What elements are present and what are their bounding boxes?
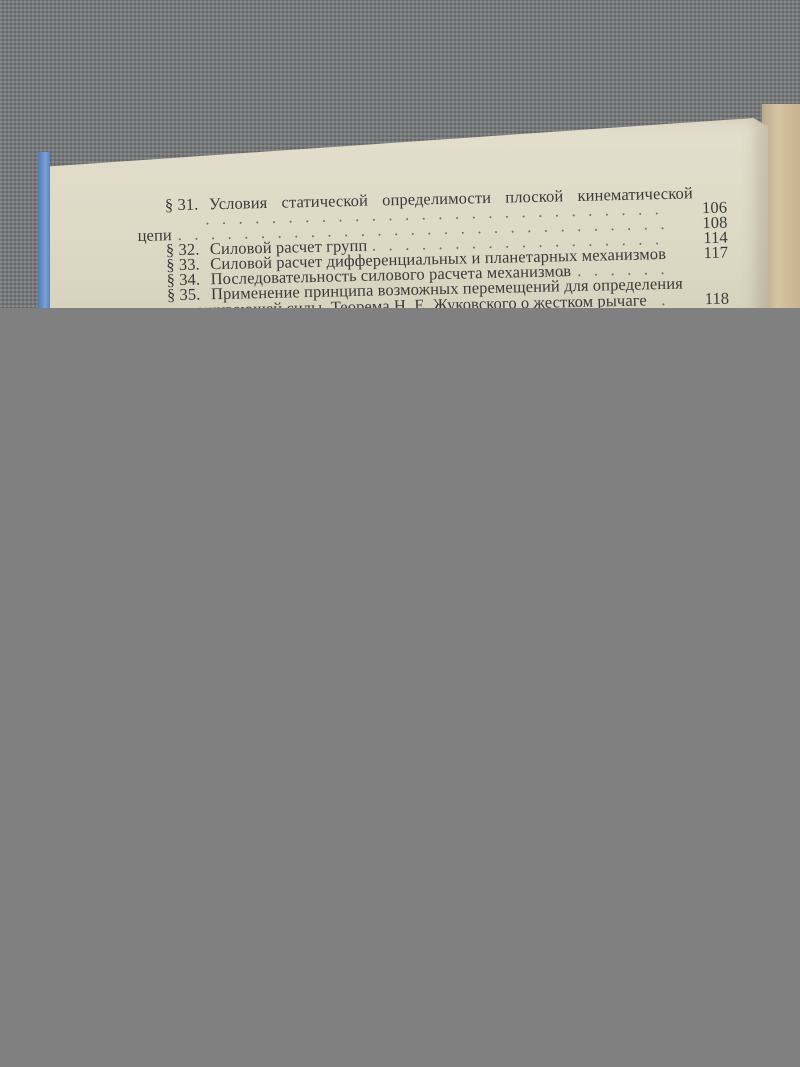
page-number: 117 bbox=[700, 243, 728, 264]
section-number: § 31. bbox=[165, 195, 199, 216]
redaction-block bbox=[0, 308, 800, 1067]
page-number: 118 bbox=[701, 289, 729, 310]
redaction-block-edge bbox=[0, 322, 272, 336]
table-of-contents: § 31. Условия статической определимости … bbox=[0, 0, 800, 349]
